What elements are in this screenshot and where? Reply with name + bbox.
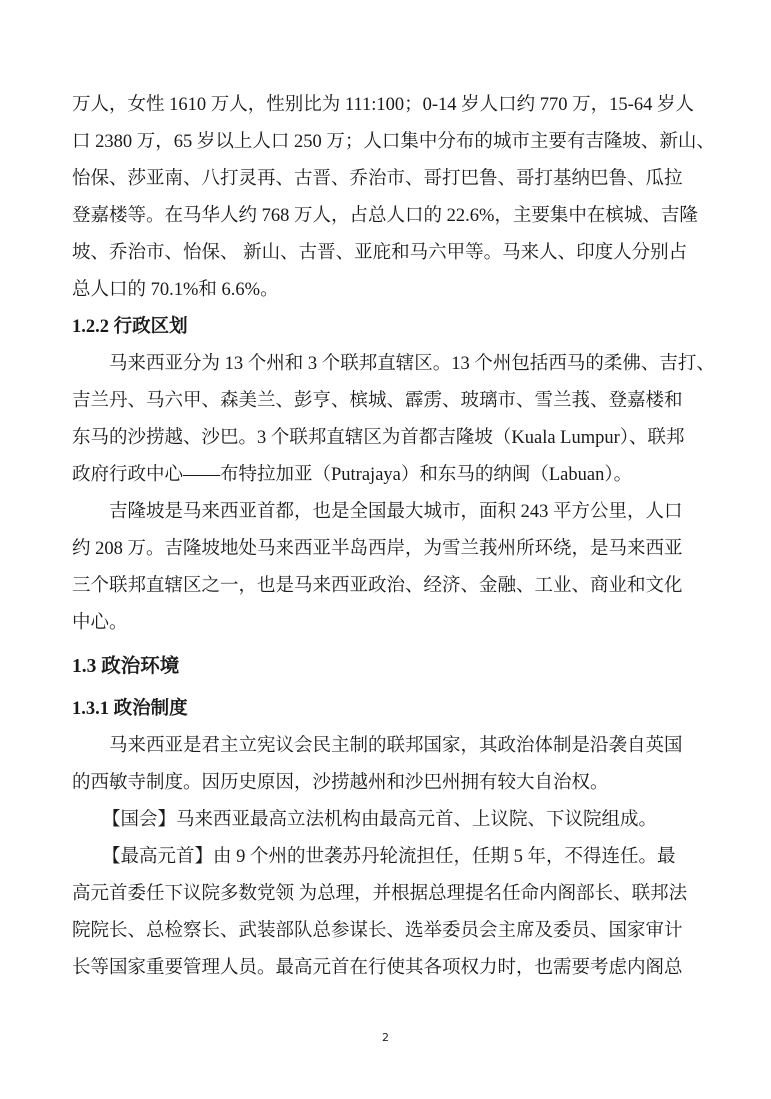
supreme-head-paragraph: 【最高元首】由 9 个州的世袭苏丹轮流担任，任期 5 年，不得连任。最 高元首委… [72, 839, 702, 987]
text-line: 约 208 万。吉隆坡地处马来西亚半岛西岸，为雪兰莪州所环绕，是马来西亚 [72, 531, 702, 568]
text-line: 高元首委任下议院多数党领 为总理，并根据总理提名任命内阁部长、联邦法 [72, 876, 702, 913]
text-line: 总人口的 70.1%和 6.6%。 [72, 272, 702, 309]
text-line: 万人，女性 1610 万人，性别比为 111:100；0-14 岁人口约 770… [72, 87, 702, 124]
text-line: 的西敏寺制度。因历史原因，沙捞越州和沙巴州拥有较大自治权。 [72, 765, 702, 802]
text-line: 【国会】马来西亚最高立法机构由最高元首、上议院、下议院组成。 [72, 802, 702, 839]
text-line: 东马的沙捞越、沙巴。3 个联邦直辖区为首都吉隆坡（Kuala Lumpur）、联… [72, 420, 702, 457]
heading-1-3-1: 1.3.1 政治制度 [72, 691, 702, 728]
parliament-paragraph: 【国会】马来西亚最高立法机构由最高元首、上议院、下议院组成。 [72, 802, 702, 839]
text-line: 登嘉楼等。在马华人约 768 万人，占总人口的 22.6%，主要集中在槟城、吉隆 [72, 198, 702, 235]
page-number: 2 [0, 1031, 771, 1044]
text-line: 马来西亚是君主立宪议会民主制的联邦国家，其政治体制是沿袭自英国 [72, 728, 702, 765]
heading-1-3: 1.3 政治环境 [72, 648, 702, 685]
text-line: 口 2380 万，65 岁以上人口 250 万；人口集中分布的城市主要有吉隆坡、… [72, 124, 702, 161]
text-line: 院院长、总检察长、武装部队总参谋长、选举委员会主席及委员、国家审计 [72, 913, 702, 950]
text-line: 马来西亚分为 13 个州和 3 个联邦直辖区。13 个州包括西马的柔佛、吉打、 [72, 346, 702, 383]
text-line: 中心。 [72, 605, 702, 642]
text-line: 怡保、莎亚南、八打灵再、古晋、乔治市、哥打巴鲁、哥打基纳巴鲁、瓜拉 [72, 161, 702, 198]
text-line: 长等国家重要管理人员。最高元首在行使其各项权力时，也需要考虑内阁总 [72, 950, 702, 987]
intro-paragraph: 万人，女性 1610 万人，性别比为 111:100；0-14 岁人口约 770… [72, 87, 702, 309]
political-system-paragraph: 马来西亚是君主立宪议会民主制的联邦国家，其政治体制是沿袭自英国 的西敏寺制度。因… [72, 728, 702, 802]
text-line: 三个联邦直辖区之一，也是马来西亚政治、经济、金融、工业、商业和文化 [72, 568, 702, 605]
admin-division-paragraph: 马来西亚分为 13 个州和 3 个联邦直辖区。13 个州包括西马的柔佛、吉打、 … [72, 346, 702, 494]
heading-1-2-2: 1.2.2 行政区划 [72, 309, 702, 346]
text-line: 吉隆坡是马来西亚首都，也是全国最大城市，面积 243 平方公里，人口 [72, 494, 702, 531]
document-page: 万人，女性 1610 万人，性别比为 111:100；0-14 岁人口约 770… [72, 87, 702, 987]
text-line: 政府行政中心——布特拉加亚（Putrajaya）和东马的纳闽（Labuan）。 [72, 457, 702, 494]
text-line: 坡、乔治市、怡保、 新山、古晋、亚庇和马六甲等。马来人、印度人分别占 [72, 235, 702, 272]
kuala-lumpur-paragraph: 吉隆坡是马来西亚首都，也是全国最大城市，面积 243 平方公里，人口 约 208… [72, 494, 702, 642]
text-line: 【最高元首】由 9 个州的世袭苏丹轮流担任，任期 5 年，不得连任。最 [72, 839, 702, 876]
text-line: 吉兰丹、马六甲、森美兰、彭亨、槟城、霹雳、玻璃市、雪兰莪、登嘉楼和 [72, 383, 702, 420]
